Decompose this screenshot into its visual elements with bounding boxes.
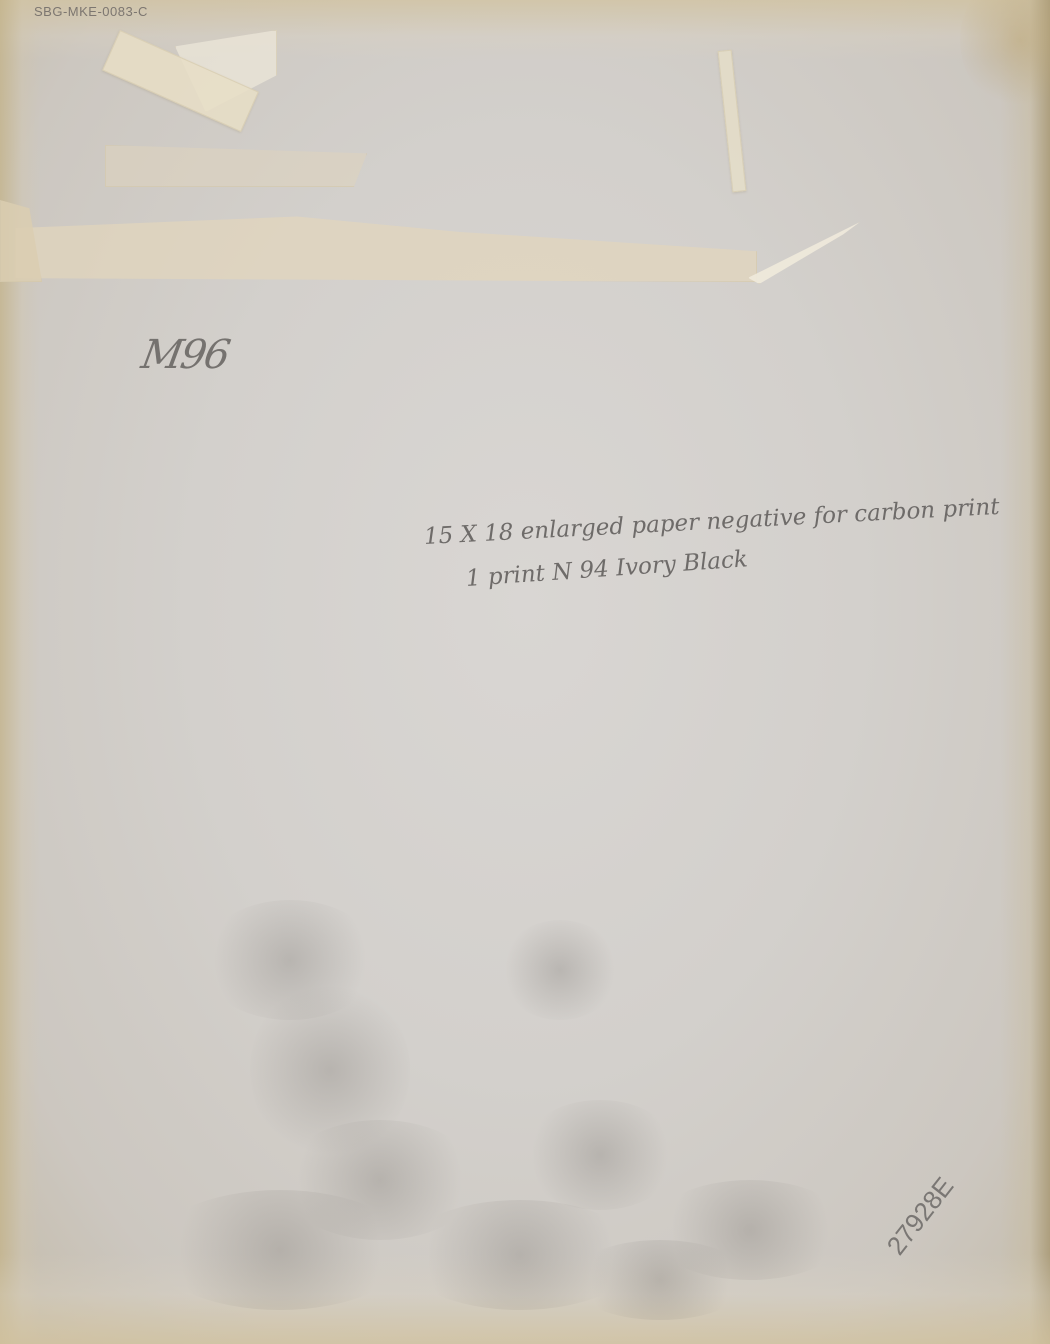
- smudge: [500, 920, 620, 1020]
- stock-number: 27928E: [881, 1171, 961, 1261]
- tape-strip-vertical: [718, 50, 747, 193]
- catalog-number: M96: [138, 332, 232, 378]
- document-sheet: SBG-MKE-0083-C M96 15 X 18 enlarged pape…: [0, 0, 1050, 1344]
- accession-number: SBG-MKE-0083-C: [34, 4, 148, 19]
- handwritten-note-line-2: 1 print N 94 Ivory Black: [465, 546, 749, 592]
- smudge: [150, 1190, 410, 1310]
- handwritten-note-line-1: 15 X 18 enlarged paper negative for carb…: [423, 494, 1000, 550]
- tape-remnant-long: [15, 205, 757, 282]
- tape-remnant-middle: [105, 145, 367, 187]
- aged-left-edge: [0, 0, 40, 1344]
- stained-corner: [960, 0, 1050, 110]
- smudge: [520, 1100, 680, 1210]
- aged-right-edge: [1000, 0, 1050, 1344]
- smudge: [570, 1240, 750, 1320]
- tape-flap-right: [748, 222, 860, 284]
